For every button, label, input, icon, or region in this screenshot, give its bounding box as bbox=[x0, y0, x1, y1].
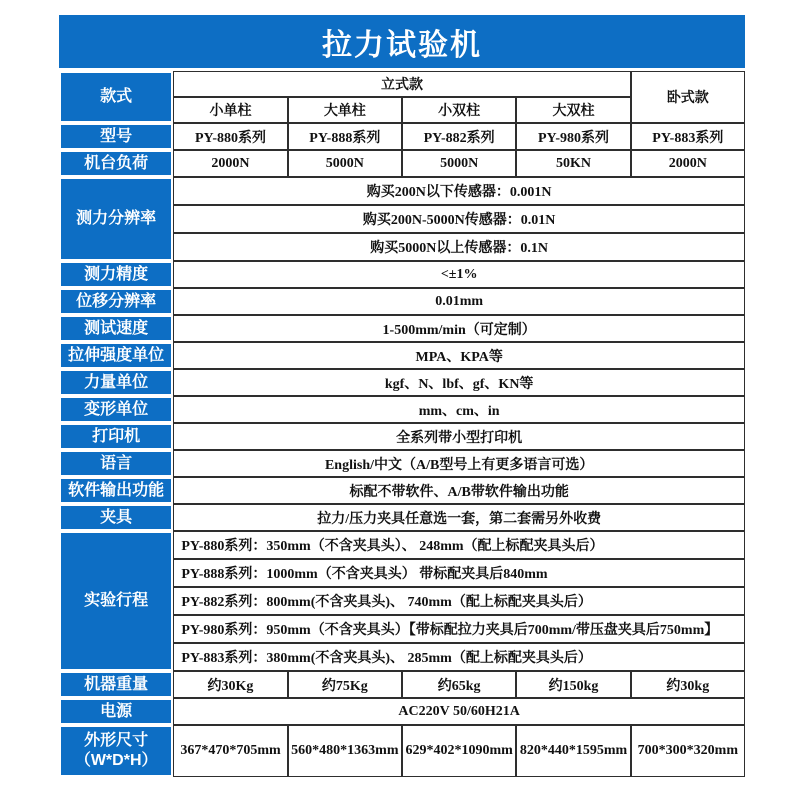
row-software: 软件输出功能 标配不带软件、A/B带软件输出功能 bbox=[59, 477, 745, 504]
row-style-group: 款式 立式款 卧式款 bbox=[59, 71, 745, 97]
row-label-power: 电源 bbox=[59, 698, 173, 725]
software-value: 标配不带软件、A/B带软件输出功能 bbox=[173, 477, 745, 504]
stroke-value-4: PY-883系列：380mm(不含夹具头)、 285mm（配上标配夹具头后） bbox=[173, 643, 745, 671]
style-col-1: 大单柱 bbox=[288, 97, 402, 123]
row-label-weight: 机器重量 bbox=[59, 671, 173, 698]
row-label-language: 语言 bbox=[59, 450, 173, 477]
vertical-style-cell: 立式款 bbox=[173, 71, 630, 97]
model-value-2: PY-882系列 bbox=[402, 123, 516, 150]
row-model: 型号 PY-880系列 PY-888系列 PY-882系列 PY-980系列 P… bbox=[59, 123, 745, 150]
row-label-load: 机台负荷 bbox=[59, 150, 173, 177]
row-force-resolution-0: 测力分辨率 购买200N以下传感器：0.001N bbox=[59, 177, 745, 205]
load-value-0: 2000N bbox=[173, 150, 287, 177]
row-label-force-resolution: 测力分辨率 bbox=[59, 177, 173, 261]
row-label-test-speed: 测试速度 bbox=[59, 315, 173, 342]
row-label-fixture: 夹具 bbox=[59, 504, 173, 531]
row-label-deformation-unit: 变形单位 bbox=[59, 396, 173, 423]
row-label-stroke: 实验行程 bbox=[59, 531, 173, 671]
horizontal-style-cell: 卧式款 bbox=[631, 71, 745, 123]
page-title: 拉力试验机 bbox=[59, 15, 745, 68]
dimensions-value-0: 367*470*705mm bbox=[173, 725, 287, 777]
weight-value-4: 约30kg bbox=[631, 671, 745, 698]
style-col-2: 小双柱 bbox=[402, 97, 516, 123]
row-label-dimensions: 外形尺寸 （W*D*H） bbox=[59, 725, 173, 777]
weight-value-3: 约150kg bbox=[516, 671, 630, 698]
stroke-value-1: PY-888系列：1000mm（不含夹具头） 带标配夹具后840mm bbox=[173, 559, 745, 587]
row-language: 语言 English/中文（A/B型号上有更多语言可选） bbox=[59, 450, 745, 477]
model-value-0: PY-880系列 bbox=[173, 123, 287, 150]
printer-value: 全系列带小型打印机 bbox=[173, 423, 745, 450]
dimensions-value-2: 629*402*1090mm bbox=[402, 725, 516, 777]
row-label-tensile-unit: 拉伸强度单位 bbox=[59, 342, 173, 369]
dimensions-value-4: 700*300*320mm bbox=[631, 725, 745, 777]
force-accuracy-value: <±1% bbox=[173, 261, 745, 288]
weight-value-1: 约75Kg bbox=[288, 671, 402, 698]
language-value: English/中文（A/B型号上有更多语言可选） bbox=[173, 450, 745, 477]
force-resolution-value-0: 购买200N以下传感器：0.001N bbox=[173, 177, 745, 205]
force-resolution-value-1: 购买200N-5000N传感器：0.01N bbox=[173, 205, 745, 233]
row-tensile-unit: 拉伸强度单位 MPA、KPA等 bbox=[59, 342, 745, 369]
stroke-value-3: PY-980系列：950mm（不含夹具头）【带标配拉力夹具后700mm/带压盘夹… bbox=[173, 615, 745, 643]
tensile-unit-value: MPA、KPA等 bbox=[173, 342, 745, 369]
row-weight: 机器重量 约30Kg 约75Kg 约65kg 约150kg 约30kg bbox=[59, 671, 745, 698]
row-dimensions: 外形尺寸 （W*D*H） 367*470*705mm 560*480*1363m… bbox=[59, 725, 745, 777]
power-value: AC220V 50/60H21A bbox=[173, 698, 745, 725]
row-label-model: 型号 bbox=[59, 123, 173, 150]
load-value-4: 2000N bbox=[631, 150, 745, 177]
deformation-unit-value: mm、cm、in bbox=[173, 396, 745, 423]
stroke-value-0: PY-880系列：350mm（不含夹具头）、 248mm（配上标配夹具头后） bbox=[173, 531, 745, 559]
model-value-4: PY-883系列 bbox=[631, 123, 745, 150]
row-label-printer: 打印机 bbox=[59, 423, 173, 450]
row-stroke-0: 实验行程 PY-880系列：350mm（不含夹具头）、 248mm（配上标配夹具… bbox=[59, 531, 745, 559]
displacement-resolution-value: 0.01mm bbox=[173, 288, 745, 315]
row-load: 机台负荷 2000N 5000N 5000N 50KN 2000N bbox=[59, 150, 745, 177]
stroke-value-2: PY-882系列：800mm(不含夹具头)、 740mm（配上标配夹具头后） bbox=[173, 587, 745, 615]
weight-value-0: 约30Kg bbox=[173, 671, 287, 698]
weight-value-2: 约65kg bbox=[402, 671, 516, 698]
row-fixture: 夹具 拉力/压力夹具任意选一套，第二套需另外收费 bbox=[59, 504, 745, 531]
row-label-style: 款式 bbox=[59, 71, 173, 123]
row-force-unit: 力量单位 kgf、N、lbf、gf、KN等 bbox=[59, 369, 745, 396]
force-unit-value: kgf、N、lbf、gf、KN等 bbox=[173, 369, 745, 396]
fixture-value: 拉力/压力夹具任意选一套，第二套需另外收费 bbox=[173, 504, 745, 531]
row-power: 电源 AC220V 50/60H21A bbox=[59, 698, 745, 725]
row-label-force-unit: 力量单位 bbox=[59, 369, 173, 396]
spec-sheet: 拉力试验机 款式 立式款 卧式款 小单柱 大单柱 小双柱 大双柱 型号 PY-8… bbox=[59, 15, 745, 777]
force-resolution-value-2: 购买5000N以上传感器：0.1N bbox=[173, 233, 745, 261]
load-value-3: 50KN bbox=[516, 150, 630, 177]
spec-table: 款式 立式款 卧式款 小单柱 大单柱 小双柱 大双柱 型号 PY-880系列 P… bbox=[59, 71, 745, 777]
row-label-displacement-resolution: 位移分辨率 bbox=[59, 288, 173, 315]
style-col-3: 大双柱 bbox=[516, 97, 630, 123]
row-deformation-unit: 变形单位 mm、cm、in bbox=[59, 396, 745, 423]
dimensions-value-1: 560*480*1363mm bbox=[288, 725, 402, 777]
test-speed-value: 1-500mm/min（可定制） bbox=[173, 315, 745, 342]
row-printer: 打印机 全系列带小型打印机 bbox=[59, 423, 745, 450]
model-value-1: PY-888系列 bbox=[288, 123, 402, 150]
load-value-2: 5000N bbox=[402, 150, 516, 177]
load-value-1: 5000N bbox=[288, 150, 402, 177]
style-col-0: 小单柱 bbox=[173, 97, 287, 123]
model-value-3: PY-980系列 bbox=[516, 123, 630, 150]
row-displacement-resolution: 位移分辨率 0.01mm bbox=[59, 288, 745, 315]
row-label-force-accuracy: 测力精度 bbox=[59, 261, 173, 288]
dimensions-value-3: 820*440*1595mm bbox=[516, 725, 630, 777]
row-test-speed: 测试速度 1-500mm/min（可定制） bbox=[59, 315, 745, 342]
row-force-accuracy: 测力精度 <±1% bbox=[59, 261, 745, 288]
row-label-software: 软件输出功能 bbox=[59, 477, 173, 504]
